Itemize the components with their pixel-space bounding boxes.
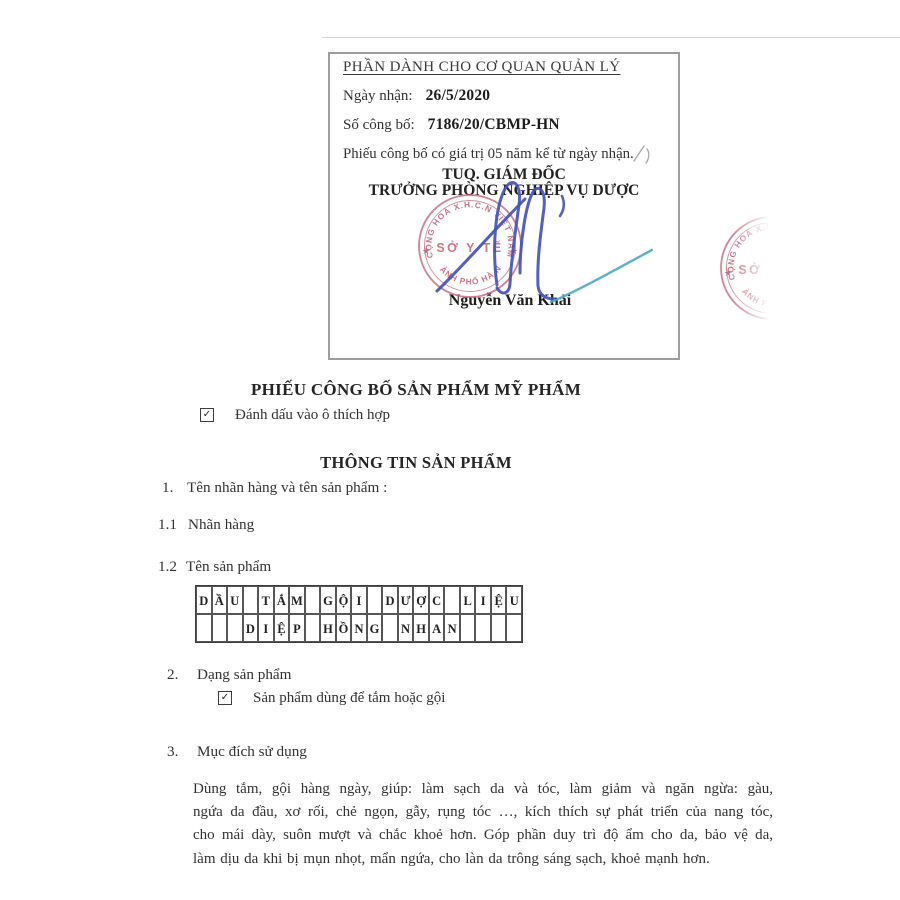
grid-cell [475,614,491,642]
grid-cell: C [429,586,445,614]
usage-line: ngứa da đầu, xơ rối, chẻ ngọn, gẫy, rụng… [193,801,773,824]
grid-cell [491,614,507,642]
grid-cell: G [367,614,383,642]
grid-cell: D [243,614,259,642]
grid-cell [196,614,212,642]
item2-label: Dạng sản phẩm [197,666,291,684]
received-date-row: Ngày nhận:26/5/2020 [343,87,490,105]
grid-cell [243,586,259,614]
grid-cell: Ợ [413,586,429,614]
grid-cell: M [289,586,305,614]
grid-cell: T [258,586,274,614]
declaration-number-row: Số công bố:7186/20/CBMP-HN [343,116,560,134]
item1-number: 1. [162,479,173,497]
grid-cell [460,614,476,642]
grid-cell: H [320,614,336,642]
signer-name: Nguyễn Văn Khải [330,292,678,310]
grid-cell [227,614,243,642]
check-icon: ✓ [203,409,211,420]
grid-cell: N [398,614,414,642]
item1-1-number: 1.1 [158,516,177,534]
signer-title-line2: TRƯỞNG PHÒNG NGHIỆP VỤ DƯỢC [330,182,678,200]
instruction-checkbox: ✓ [200,408,214,422]
grid-cell: Ư [398,586,414,614]
section-title-product-info: THÔNG TIN SẢN PHẨM [320,453,512,473]
item2-number: 2. [167,666,178,684]
grid-cell: N [444,614,460,642]
grid-cell [305,614,321,642]
grid-cell: Ệ [274,614,290,642]
form-title: PHIẾU CÔNG BỐ SẢN PHẨM MỸ PHẨM [251,380,581,400]
grid-cell: N [351,614,367,642]
declaration-number-label: Số công bố: [343,117,415,133]
grid-cell [444,586,460,614]
grid-cell: I [351,586,367,614]
received-date-value: 26/5/2020 [426,87,491,104]
instruction-checkbox-label: Đánh dấu vào ô thích hợp [235,407,390,424]
item1-2-number: 1.2 [158,558,177,576]
grid-cell: I [475,586,491,614]
check-icon: ✓ [221,692,229,703]
grid-cell [382,614,398,642]
grid-cell: L [460,586,476,614]
grid-cell: Ầ [212,586,228,614]
grid-cell [305,586,321,614]
item1-1-label: Nhãn hàng [188,516,254,534]
grid-cell: H [413,614,429,642]
item1-label: Tên nhãn hàng và tên sản phẩm : [187,479,387,497]
grid-cell: P [289,614,305,642]
usage-line: Dùng tắm, gội hàng ngày, giúp: làm sạch … [193,778,773,801]
received-date-label: Ngày nhận: [343,88,413,104]
grid-cell: D [382,586,398,614]
grid-cell: I [258,614,274,642]
product-type-checkbox-label: Sản phẩm dùng để tắm hoặc gội [253,690,445,707]
product-name-grid: DẦUTẮMGỘIDƯỢCLIỆUDIỆPHỒNGNHAN [195,585,523,643]
usage-line: cho mái dày, suôn mượt và chắc khoẻ hơn.… [193,824,773,847]
grid-cell: U [227,586,243,614]
product-type-checkbox: ✓ [218,691,232,705]
grid-cell: A [429,614,445,642]
grid-cell: U [506,586,522,614]
agency-box-heading: PHẦN DÀNH CHO CƠ QUAN QUẢN LÝ [343,59,620,76]
grid-cell [506,614,522,642]
usage-line: làm dịu da khi bị mụn nhọt, mẩn ngứa, ch… [193,848,773,871]
grid-cell [367,586,383,614]
grid-cell: D [196,586,212,614]
scan-artifact-line [322,37,900,38]
item1-2-label: Tên sản phẩm [186,558,271,576]
partial-stamp-right [721,217,823,319]
grid-cell: Ắ [274,586,290,614]
usage-paragraph: Dùng tắm, gội hàng ngày, giúp: làm sạch … [193,778,773,871]
item3-number: 3. [167,743,178,761]
grid-cell: Ộ [336,586,352,614]
validity-note: Phiếu công bố có giá trị 05 năm kể từ ng… [343,146,634,163]
grid-cell: Ồ [336,614,352,642]
document-page: { "gov_box": { "heading": "PHẦN DÀNH CHO… [0,0,900,900]
agency-box: PHẦN DÀNH CHO CƠ QUAN QUẢN LÝ Ngày nhận:… [328,52,680,360]
declaration-number-value: 7186/20/CBMP-HN [428,116,560,133]
item3-label: Mục đích sử dụng [197,743,307,761]
grid-cell: G [320,586,336,614]
grid-cell [212,614,228,642]
grid-cell: Ệ [491,586,507,614]
